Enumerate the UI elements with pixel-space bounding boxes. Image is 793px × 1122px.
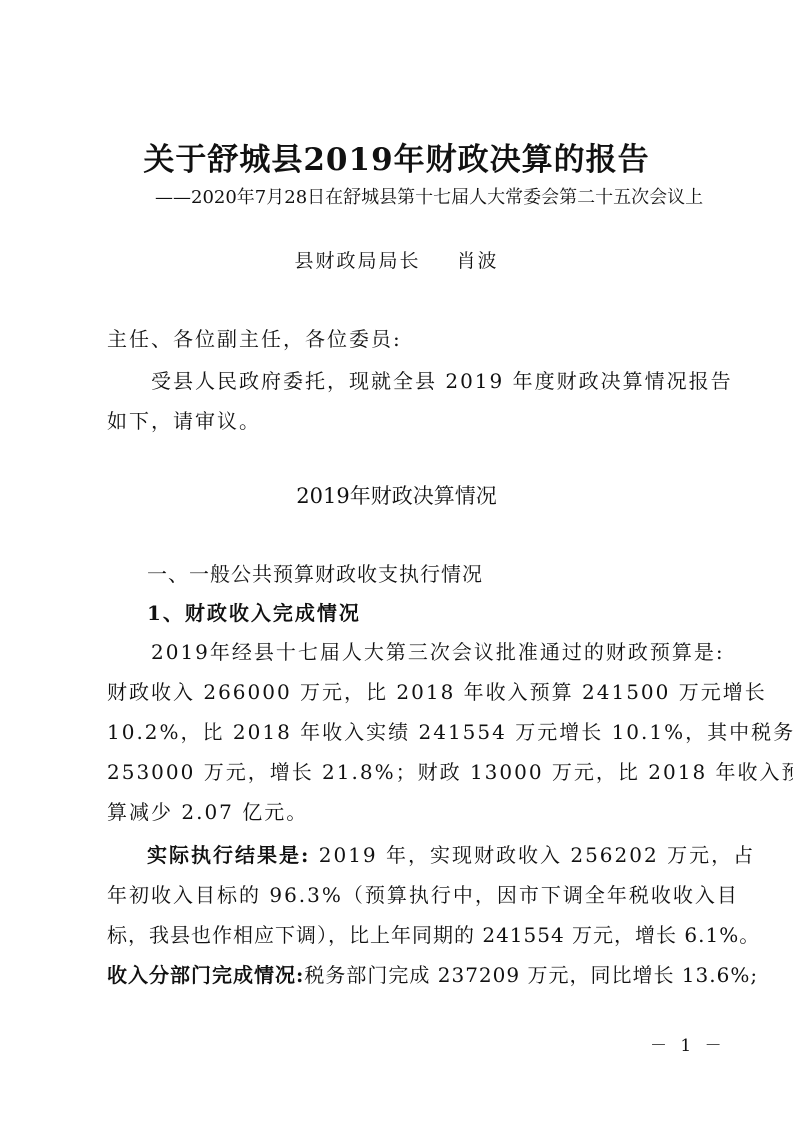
salutation: 主任、各位副主任，各位委员:: [107, 323, 402, 352]
result-line-2: 年初收入目标的 96.3%（预算执行中，因市下调全年税收收入目: [107, 879, 739, 908]
section-heading: 一、一般公共预算财政收支执行情况: [147, 558, 483, 587]
result-line-3: 标，我县也作相应下调），比上年同期的 241554 万元，增长 6.1%。: [107, 919, 760, 948]
result-line-1: 实际执行结果是: 2019 年，实现财政收入 256202 万元，占: [147, 839, 755, 868]
budget-line-3: 10.2%，比 2018 年收入实绩 241554 万元增长 10.1%，其中税…: [107, 716, 793, 745]
dept-text: 税务部门完成 237209 万元，同比增长 13.6%;: [304, 963, 758, 987]
author-line: 县财政局局长肖波: [0, 246, 793, 273]
document-subtitle: ——2020年7月28日在舒城县第十七届人大常委会第二十五次会议上: [155, 183, 703, 209]
intro-line-1: 受县人民政府委托，现就全县 2019 年度财政决算情况报告: [107, 365, 733, 394]
subsection-heading: 1、财政收入完成情况: [147, 597, 361, 626]
document-page: 关于舒城县2019年财政决算的报告 ——2020年7月28日在舒城县第十七届人大…: [0, 0, 793, 1122]
budget-line-5: 算减少 2.07 亿元。: [107, 796, 308, 825]
section-title: 2019年财政决算情况: [0, 480, 793, 510]
result-label: 实际执行结果是:: [147, 843, 310, 867]
document-title: 关于舒城县2019年财政决算的报告: [0, 134, 793, 179]
budget-line-2: 财政收入 266000 万元，比 2018 年收入预算 241500 万元增长: [107, 676, 767, 705]
budget-line-1: 2019年经县十七届人大第三次会议批准通过的财政预算是:: [107, 636, 725, 665]
author-name: 肖波: [457, 250, 499, 272]
intro-line-2: 如下，请审议。: [107, 405, 261, 434]
dept-label: 收入分部门完成情况:: [107, 963, 304, 987]
result-text-1: 2019 年，实现财政收入 256202 万元，占: [310, 843, 755, 867]
dept-line: 收入分部门完成情况:税务部门完成 237209 万元，同比增长 13.6%;: [107, 959, 758, 988]
page-number: － 1 －: [650, 1031, 726, 1056]
author-role: 县财政局局长: [294, 250, 420, 272]
budget-line-4: 253000 万元，增长 21.8%；财政 13000 万元，比 2018 年收…: [107, 756, 793, 785]
